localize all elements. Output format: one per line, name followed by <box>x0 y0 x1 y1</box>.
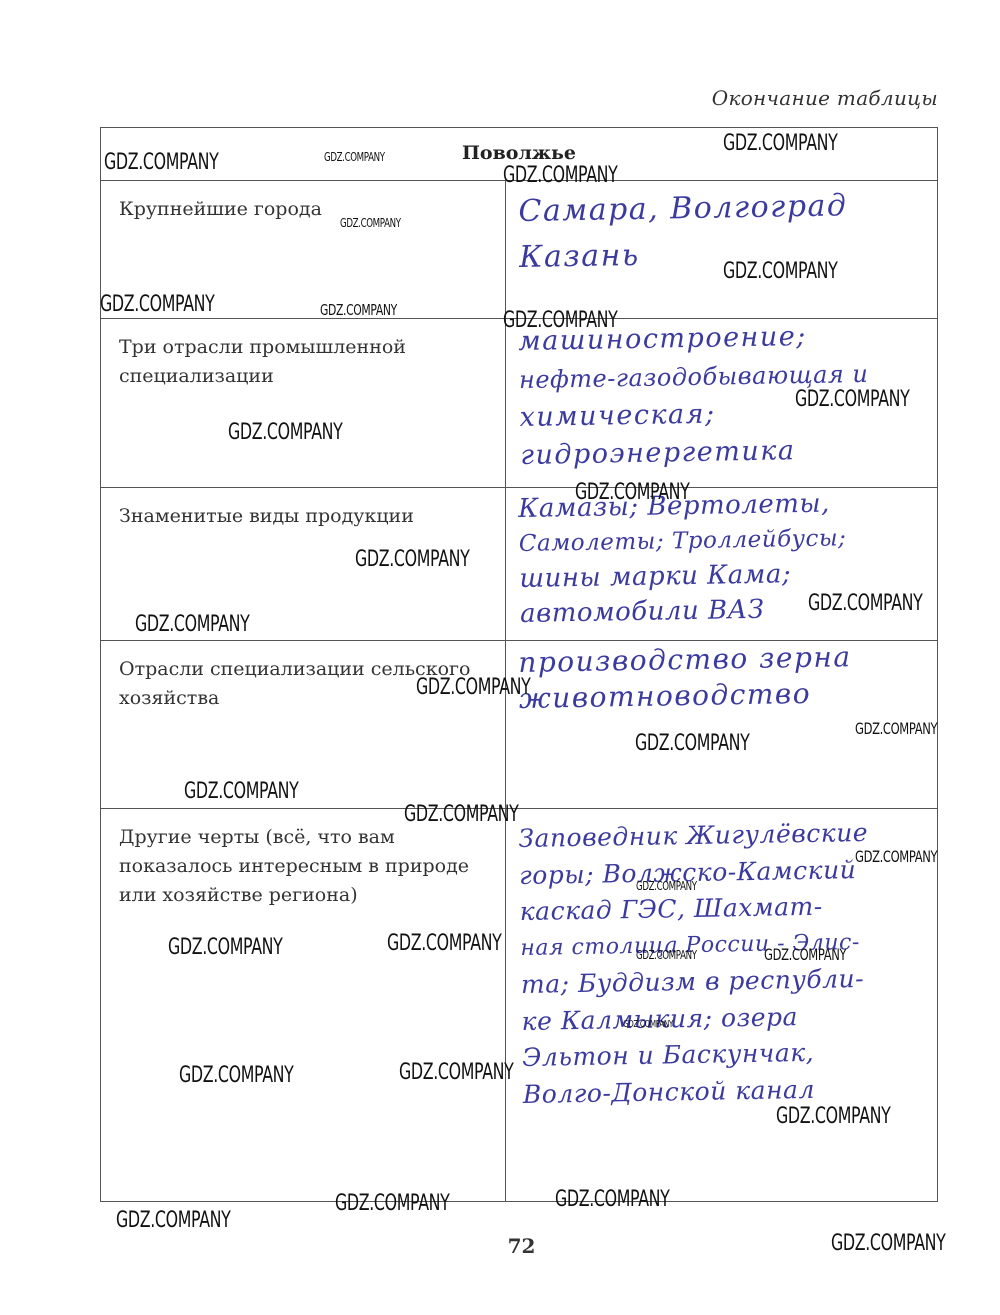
question-cell: Отрасли специализации сельского хозяйств… <box>101 641 506 808</box>
watermark: GDZ.COMPANY <box>116 1208 231 1233</box>
answer-line: Самара, Волгоград <box>518 182 932 235</box>
answer-cell: Заповедник Жигулёвские горы; Волжско-Кам… <box>506 809 937 1201</box>
question-cell: Другие черты (всё, что вам показалось ин… <box>101 809 506 1201</box>
answer-line: Казань <box>519 228 933 281</box>
table-row-largest-cities: Крупнейшие города Самара, Волгоград Каза… <box>101 181 937 319</box>
answer-cell: производство зерна животноводство <box>506 641 937 808</box>
page-number: 72 <box>0 1234 1000 1258</box>
region-title: Поволжье <box>462 142 576 164</box>
answer-cell: Камазы; Вертолеты, Самолеты; Троллейбусы… <box>506 488 937 640</box>
answer-line: животноводство <box>519 674 933 717</box>
answer-cell: машиностроение; нефте-газодобывающая и х… <box>506 319 937 487</box>
question-cell: Знаменитые виды продукции <box>101 488 506 640</box>
question-cell: Крупнейшие города <box>101 181 506 318</box>
table-continuation-label: Окончание таблицы <box>712 86 938 110</box>
table-row-famous-products: Знаменитые виды продукции Камазы; Вертол… <box>101 488 937 641</box>
answer-line: автомобили ВАЗ <box>520 590 934 632</box>
table-row-agriculture: Отрасли специализации сельского хозяйств… <box>101 641 937 809</box>
answer-line: гидроэнергетика <box>520 430 934 475</box>
table-row-industry-branches: Три отрасли промышленной специализации м… <box>101 319 937 488</box>
region-table: Поволжье Крупнейшие города Самара, Волго… <box>100 127 938 1202</box>
answer-cell: Самара, Волгоград Казань <box>506 181 937 318</box>
answer-line: Волго-Донской канал <box>523 1069 937 1113</box>
table-row-other-features: Другие черты (всё, что вам показалось ин… <box>101 809 937 1201</box>
question-cell: Три отрасли промышленной специализации <box>101 319 506 487</box>
table-header: Поволжье <box>101 128 937 181</box>
